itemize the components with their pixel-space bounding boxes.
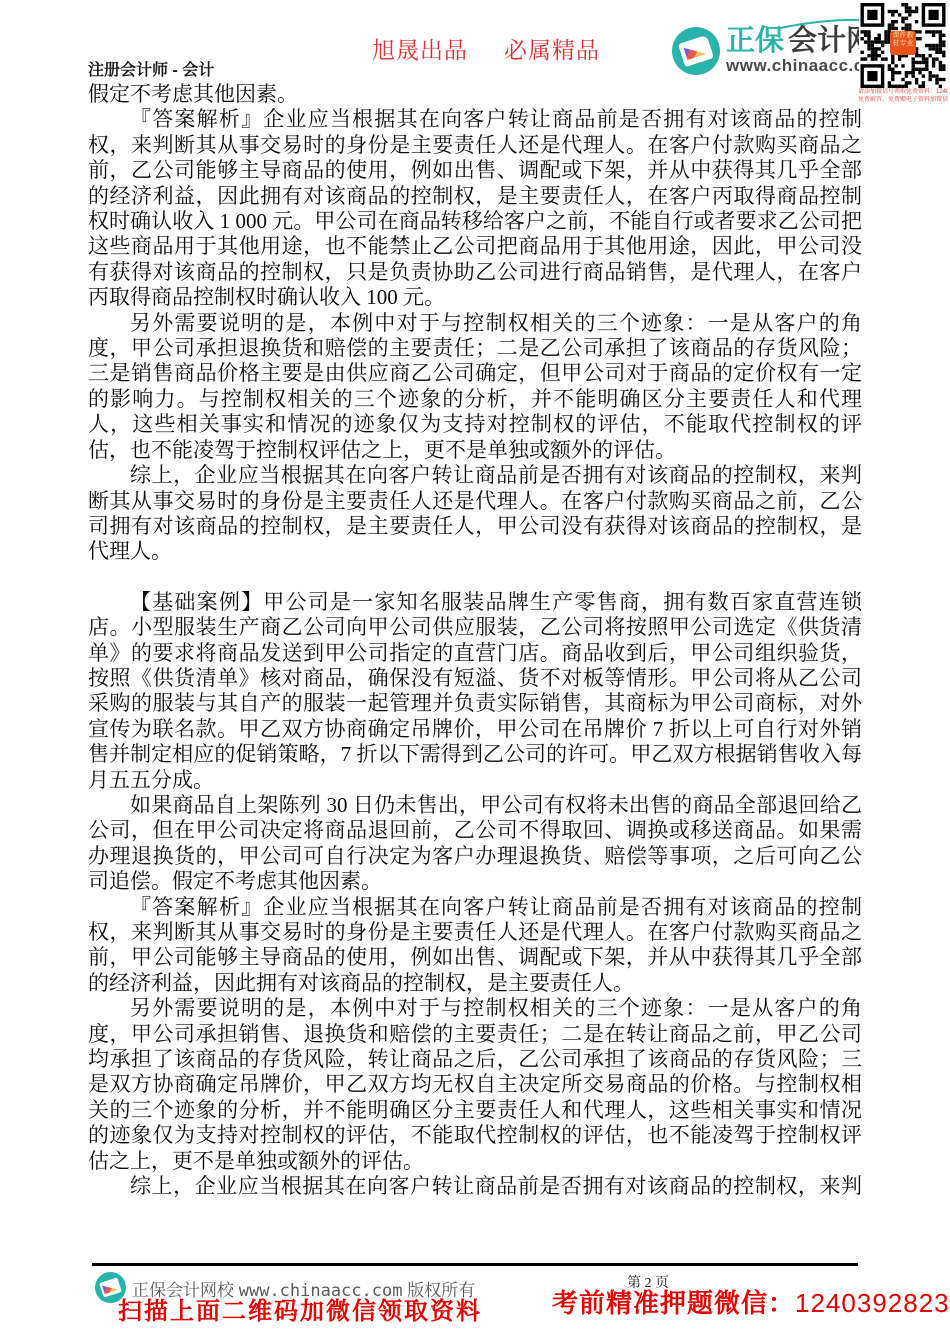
open-book-icon <box>678 35 714 67</box>
brand-logo-icon <box>672 27 720 75</box>
qr-caption-line2: 免费解答，免费赠电子资料加微信：1240392823 <box>858 96 948 104</box>
paragraph: 『答案解析』企业应当根据其在向客户转让商品前是否拥有对该商品的控制权，来判断其从… <box>88 107 862 310</box>
brand-name-teal: 正保 <box>726 25 784 57</box>
qr-caption-line1: 请添加微信号领取免费资料：1240392823 <box>858 88 948 96</box>
qr-code-block: 课件教材专业 请添加微信号领取免费资料：1240392823 免费解答，免费赠电… <box>858 3 948 104</box>
paragraph: 『答案解析』企业应当根据其在向客户转让商品前是否拥有对该商品的控制权，来判断其从… <box>88 895 862 997</box>
paragraph: 【基础案例】甲公司是一家知名服装品牌生产零售商，拥有数百家直营连锁店。小型服装生… <box>88 590 862 793</box>
slogan-left: 旭晟出品 <box>372 32 468 65</box>
paragraph: 另外需要说明的是，本例中对于与控制权相关的三个迹象：一是从客户的角度，甲公司承担… <box>88 311 862 463</box>
paragraph: 假定不考虑其他因素。 <box>88 82 862 107</box>
document-body: 假定不考虑其他因素。『答案解析』企业应当根据其在向客户转让商品前是否拥有对该商品… <box>88 82 862 1198</box>
paragraph: 另外需要说明的是，本例中对于与控制权相关的三个迹象：一是从客户的角度，甲公司承担… <box>88 996 862 1174</box>
footer-divider <box>92 1263 858 1266</box>
slogan-right: 必属精品 <box>504 32 600 65</box>
paragraph: 综上，企业应当根据其在向客户转让商品前是否拥有对该商品的控制权，来判断其从事交易… <box>88 1174 862 1198</box>
paragraph: 如果商品自上架陈列 30 日仍未售出，甲公司有权将未出售的商品全部退回给乙公司，… <box>88 793 862 895</box>
header-slogan: 旭晟出品 必属精品 <box>372 32 600 65</box>
document-page: 旭晟出品 必属精品 正保会计网校 www.chinaacc.com 课件教材专业… <box>0 0 950 1344</box>
footer-wechat-note: 考前精准押题微信：1240392823 <box>552 1283 950 1320</box>
paragraph: 综上，企业应当根据其在向客户转让商品前是否拥有对该商品的控制权，来判断其从事交易… <box>88 463 862 565</box>
course-title: 注册会计师 - 会计 <box>88 57 214 80</box>
qr-center-badge: 课件教材专业 <box>890 31 916 55</box>
footer-scan-note: 扫描上面二维码加微信领取资料 <box>118 1291 482 1326</box>
wechat-number: 1240392823 <box>795 1288 950 1318</box>
wechat-label: 考前精准押题微信： <box>552 1288 795 1318</box>
